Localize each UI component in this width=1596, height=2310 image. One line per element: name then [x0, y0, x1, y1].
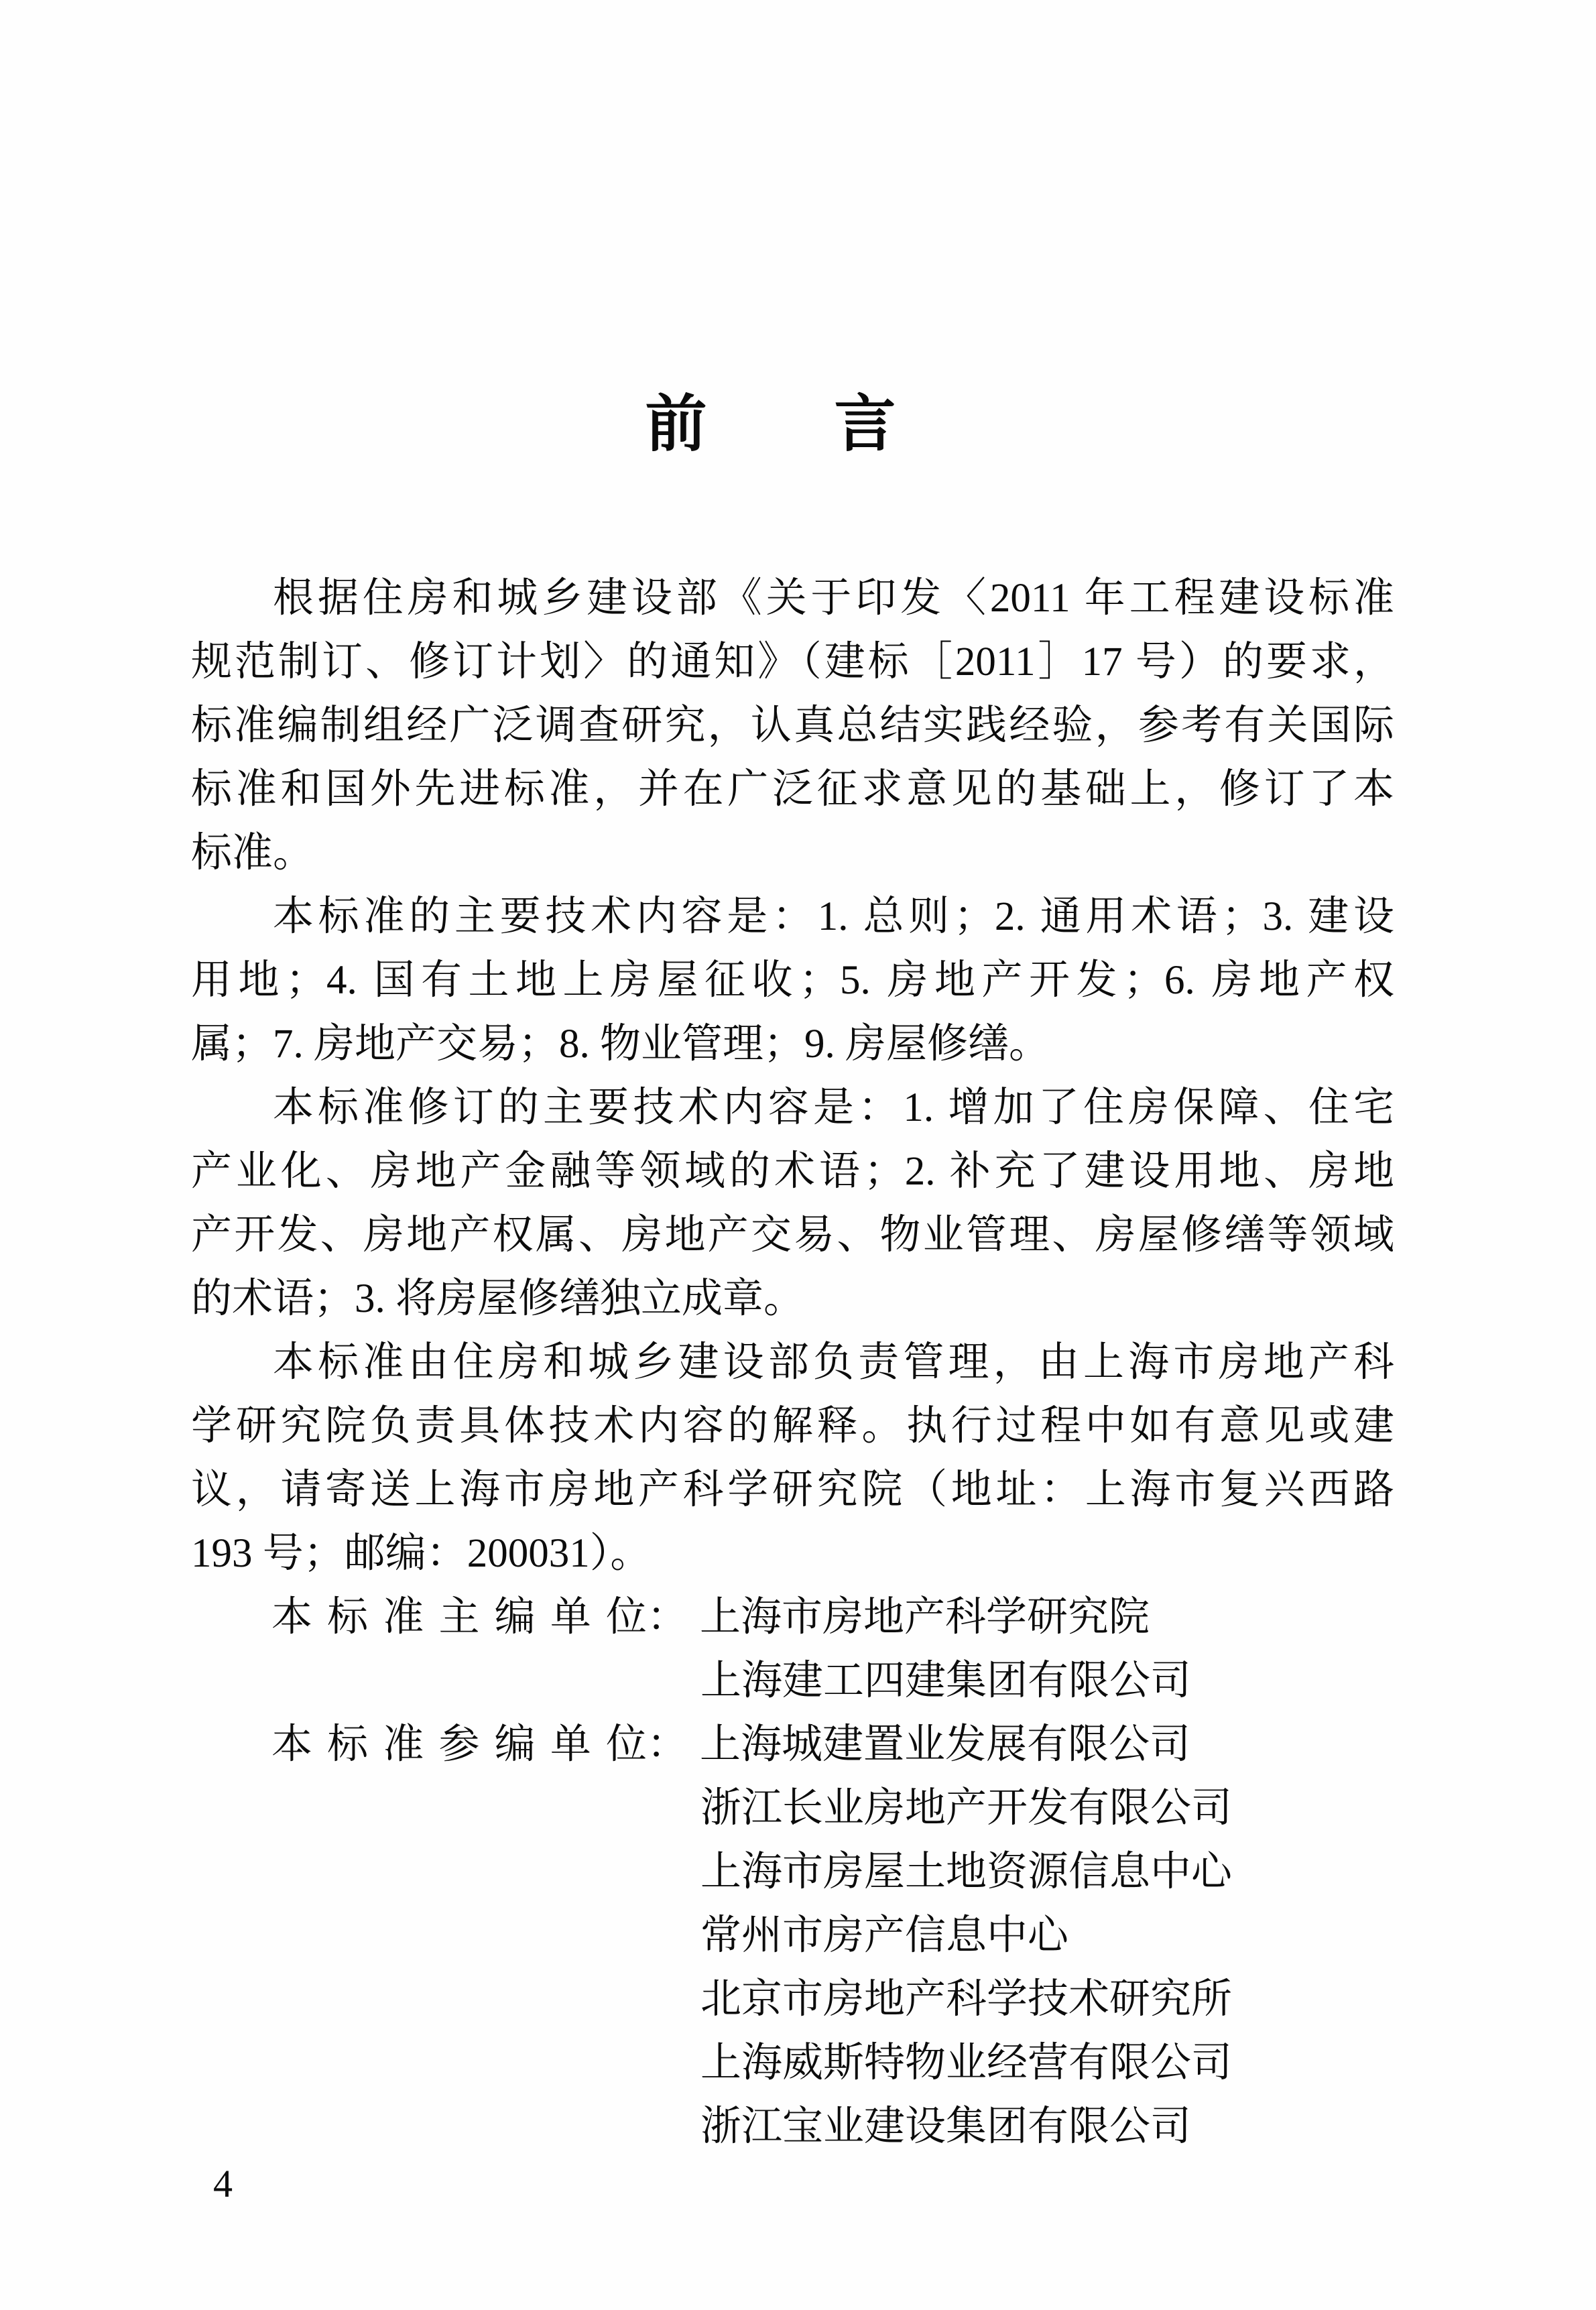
org-name: 上海城建置业发展有限公司 — [700, 1713, 1190, 1776]
body-line: 产业化、房地产金融等领域的术语；2. 补充了建设用地、房地 — [191, 1140, 1394, 1203]
org-name: 上海市房地产科学研究院 — [700, 1585, 1150, 1649]
label-colon: ： — [647, 1713, 688, 1776]
body-line: 标准和国外先进标准，并在广泛征求意见的基础上，修订了本 — [191, 757, 1394, 821]
scanned-document-page: 前 言 根据住房和城乡建设部《关于印发〈2011 年工程建设标准 规范制订、修订… — [0, 0, 1596, 2310]
org-name: 浙江长业房地产开发有限公司 — [191, 1776, 1394, 1840]
page-number: 4 — [213, 2163, 233, 2205]
org-name: 上海市房屋土地资源信息中心 — [191, 1840, 1394, 1904]
body-line: 议，请寄送上海市房地产科学研究院（地址：上海市复兴西路 — [191, 1458, 1394, 1522]
chief-editor-row: 本标准主编单位：上海市房地产科学研究院 — [191, 1585, 1394, 1649]
body-line: 属；7. 房地产交易；8. 物业管理；9. 房屋修缮。 — [191, 1012, 1394, 1076]
org-name: 常州市房产信息中心 — [191, 1904, 1394, 1967]
chief-editor-label: 本标准主编单位 — [271, 1585, 647, 1649]
body-line: 用地；4. 国有土地上房屋征收；5. 房地产开发；6. 房地产权 — [191, 949, 1394, 1012]
body-line: 根据住房和城乡建设部《关于印发〈2011 年工程建设标准 — [191, 566, 1394, 630]
body-line: 193 号；邮编：200031）。 — [191, 1522, 1394, 1585]
document-title: 前 言 — [0, 391, 1569, 459]
body-line: 本标准修订的主要技术内容是：1. 增加了住房保障、住宅 — [191, 1076, 1394, 1140]
org-name: 上海建工四建集团有限公司 — [191, 1649, 1394, 1713]
body-line: 规范制订、修订计划〉的通知》（建标［2011］17 号）的要求， — [191, 630, 1394, 694]
participating-editor-label: 本标准参编单位 — [271, 1713, 647, 1776]
body-line: 的术语；3. 将房屋修缮独立成章。 — [191, 1267, 1394, 1331]
participating-editor-row: 本标准参编单位：上海城建置业发展有限公司 — [191, 1713, 1394, 1776]
body-line: 产开发、房地产权属、房地产交易、物业管理、房屋修缮等领域 — [191, 1203, 1394, 1267]
label-colon: ： — [647, 1585, 688, 1649]
body-line: 学研究院负责具体技术内容的解释。执行过程中如有意见或建 — [191, 1394, 1394, 1458]
body-line: 本标准的主要技术内容是：1. 总则；2. 通用术语；3. 建设 — [191, 885, 1394, 949]
org-name: 上海威斯特物业经营有限公司 — [191, 2031, 1394, 2095]
org-name: 浙江宝业建设集团有限公司 — [191, 2095, 1394, 2159]
org-name: 北京市房地产科学技术研究所 — [191, 1967, 1394, 2031]
document-body: 根据住房和城乡建设部《关于印发〈2011 年工程建设标准 规范制订、修订计划〉的… — [191, 566, 1394, 2159]
body-line: 标准编制组经广泛调查研究，认真总结实践经验，参考有关国际 — [191, 694, 1394, 757]
body-line: 标准。 — [191, 821, 1394, 885]
body-line: 本标准由住房和城乡建设部负责管理，由上海市房地产科 — [191, 1331, 1394, 1394]
